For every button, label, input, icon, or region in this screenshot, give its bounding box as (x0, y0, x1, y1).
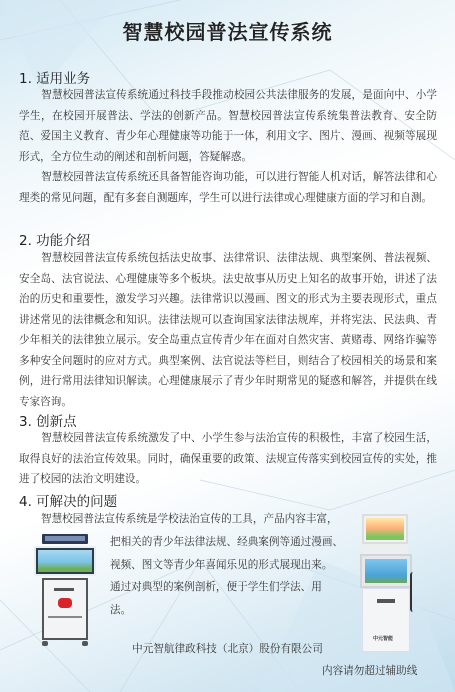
company-name: 中元智航律政科技（北京）股份有限公司 (0, 641, 455, 656)
page-title: 智慧校园普法宣传系统 (0, 16, 455, 45)
card-slot-icon (54, 588, 74, 591)
kiosk-top-display (42, 534, 88, 544)
section-4-line-2: 把相关的青少年法律法规、经典案例等通过漫画、 (110, 532, 343, 553)
section-1-paragraph-1: 智慧校园普法宣传系统通过科技手段推动校园公共法律服务的发展，是面向中、小学学生，… (19, 85, 437, 167)
section-heading-solvable-problems: 4. 可解决的问题 (19, 490, 117, 510)
section-4-line-5: 法。 (110, 600, 131, 621)
section-1-paragraph-2: 智慧校园普法宣传系统还具备智能咨询功能，可以进行智能人机对话，解答法律和心理类的… (19, 167, 437, 208)
section-4-line-3: 视频、图文等青少年喜闻乐见的形式展现出来。 (110, 555, 332, 576)
cabinet-label (48, 616, 82, 618)
kiosk-panel (362, 544, 408, 554)
section-heading-applicable-business: 1. 适用业务 (19, 67, 90, 87)
kiosk-cabinet (42, 578, 88, 640)
red-emblem-icon (58, 598, 72, 608)
kiosk-upper-screen (362, 514, 408, 544)
section-4-line-4: 通过对典型的案例剖析，便于学生们学法、用 (110, 577, 322, 598)
podium-kiosk-image (34, 534, 96, 646)
section-2-paragraph-1: 智慧校园普法宣传系统包括法史故事、法律常识、法律法规、典型案例、普法视频、安全岛… (19, 248, 437, 412)
telephone-handset-icon (410, 572, 418, 612)
poster-page: 智慧校园普法宣传系统 1. 适用业务 智慧校园普法宣传系统通过科技手段推动校园公… (0, 0, 455, 692)
section-heading-features: 2. 功能介绍 (19, 229, 90, 249)
section-3-paragraph-1: 智慧校园普法宣传系统激发了中、小学生参与法治宣传的积极性，丰富了校园生活，取得良… (19, 428, 437, 490)
guideline-note: 内容请勿超过辅助线 (322, 663, 417, 678)
printer-slot-icon (377, 599, 395, 603)
standing-kiosk-image: 中元智能 (360, 514, 420, 654)
kiosk-touch-screen (360, 554, 412, 588)
kiosk-screen (34, 546, 96, 576)
section-heading-innovation: 3. 创新点 (19, 410, 77, 430)
section-4-line-1: 智慧校园普法宣传系统是学校法治宣传的工具，产品内容丰富， (41, 509, 338, 530)
